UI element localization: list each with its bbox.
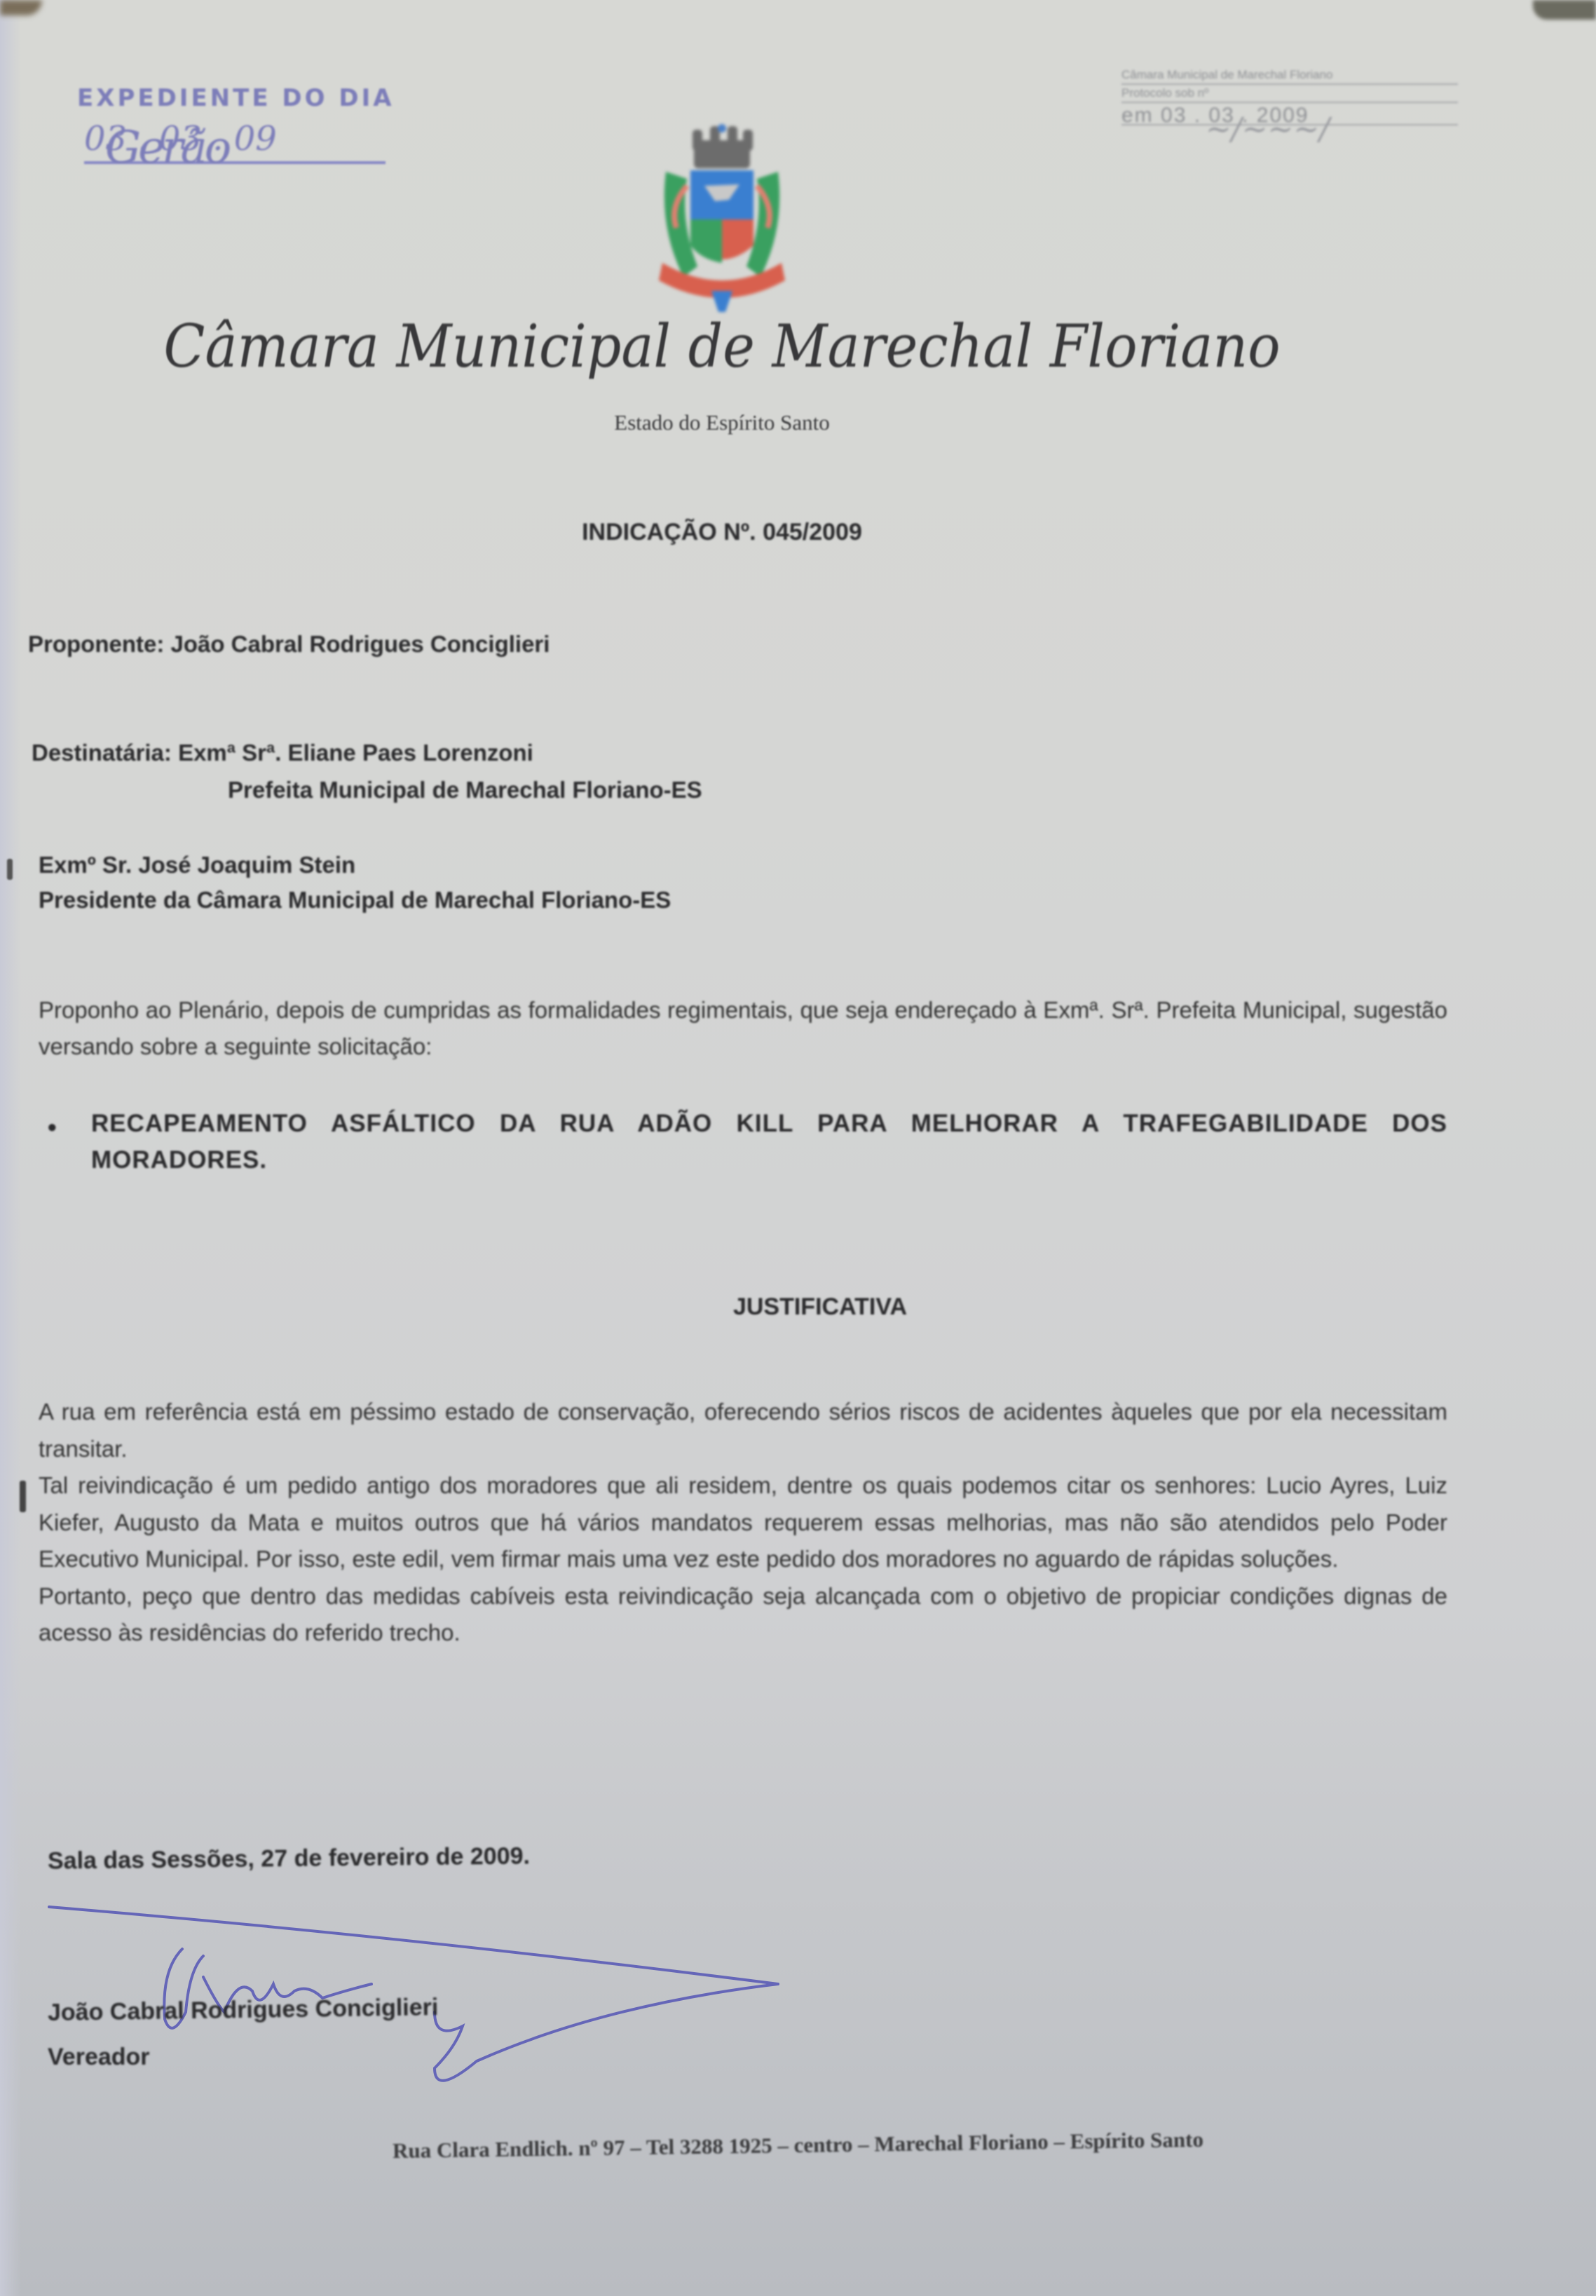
protocol-stamp: Câmara Municipal de Marechal Floriano Pr… [1121,67,1458,138]
margin-mark [20,1481,26,1512]
recipient-role: Prefeita Municipal de Marechal Floriano-… [228,777,702,803]
received-stamp: EXPEDIENTE DO DIA 03 . 03 . 09 Gerão [42,84,395,174]
justification-paragraph: Portanto, peço que dentro das medidas ca… [39,1578,1447,1652]
justification-body: A rua em referência está em péssimo esta… [39,1394,1447,1652]
footer-address: Rua Clara Endlich. nº 97 – Tel 3288 1925… [0,2121,1596,2169]
signer-name: João Cabral Rodrigues Conciglieri [48,1994,439,2027]
president-role: Presidente da Câmara Municipal de Marech… [39,887,671,913]
page-corner [0,0,42,15]
institution-state: Estado do Espírito Santo [0,410,1444,435]
stamp-line: Protocolo sob nº [1121,85,1458,103]
bullet-icon: • [48,1113,57,1142]
stamp-line: Câmara Municipal de Marechal Floriano [1121,67,1458,85]
institution-name: Câmara Municipal de Marechal Floriano [57,312,1386,381]
request-item: RECAPEAMENTO ASFÁLTICO DA RUA ADÃO KILL … [91,1106,1447,1178]
page-corner [1533,0,1596,20]
intro-paragraph: Proponho ao Plenário, depois de cumprida… [39,992,1447,1065]
justification-heading: JUSTIFICATIVA [0,1293,1596,1321]
coat-of-arms-icon [645,123,799,315]
handwritten-signature-icon [42,1886,813,2096]
justification-paragraph: A rua em referência está em péssimo esta… [39,1394,1447,1467]
recipient-line: Destinatária: Exmª Srª. Eliane Paes Lore… [32,740,533,766]
document-page: EXPEDIENTE DO DIA 03 . 03 . 09 Gerão Câm… [0,0,1596,2296]
president-name: Exmº Sr. José Joaquim Stein [39,852,355,878]
signer-role: Vereador [48,2044,150,2071]
stamp-signature-icon: ~/~~~/ [1206,121,1458,138]
document-number: INDICAÇÃO Nº. 045/2009 [0,519,1444,546]
justification-paragraph: Tal reivindicação é um pedido antigo dos… [39,1467,1447,1578]
closing-line: Sala das Sessões, 27 de fevereiro de 200… [48,1842,530,1875]
stamp-title: EXPEDIENTE DO DIA [77,84,395,112]
proponent-line: Proponente: João Cabral Rodrigues Concig… [28,631,550,658]
margin-mark [7,859,13,880]
